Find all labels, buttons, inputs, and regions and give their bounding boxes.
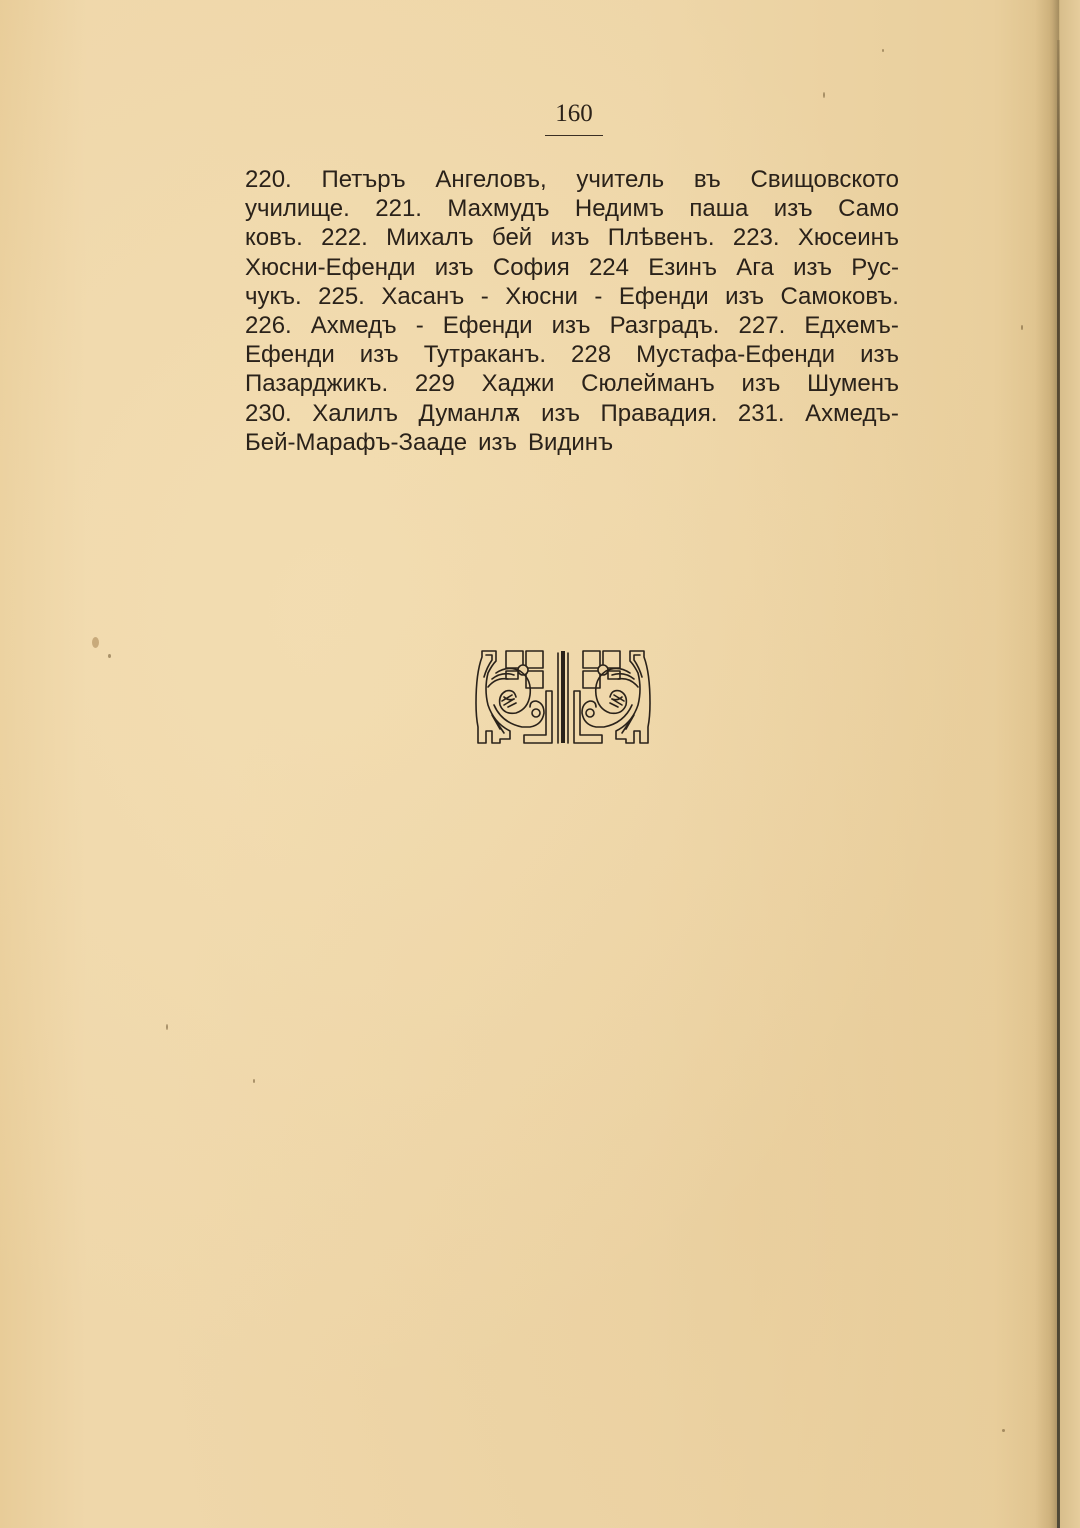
- paper-speck: [253, 1079, 255, 1083]
- word: Рус-: [851, 253, 899, 282]
- word: Ангеловъ,: [435, 165, 546, 194]
- word: паша: [689, 194, 748, 223]
- word: Хюсни-Ефенди: [245, 253, 415, 282]
- word: 222.: [321, 223, 368, 252]
- word: Сюлейманъ: [581, 369, 715, 398]
- word: изъ: [860, 340, 899, 369]
- word: въ: [694, 165, 721, 194]
- word: учитель: [576, 165, 664, 194]
- word: Видинъ: [528, 428, 613, 457]
- word: Халилъ: [312, 399, 398, 428]
- word: 224: [589, 253, 629, 282]
- word: -: [594, 282, 602, 311]
- word: Мустафа-Ефенди: [636, 340, 835, 369]
- page-number: 160: [540, 100, 608, 128]
- word: бей: [492, 223, 532, 252]
- word: Недимъ: [575, 194, 664, 223]
- paper-speck: [823, 92, 825, 98]
- word: Свищовското: [751, 165, 899, 194]
- word: изъ: [742, 369, 781, 398]
- word: 228: [571, 340, 611, 369]
- word: 230.: [245, 399, 292, 428]
- word: Думанлѫ: [419, 399, 521, 428]
- word: Михалъ: [386, 223, 473, 252]
- word: -: [481, 282, 489, 311]
- art-nouveau-ornament-icon: [474, 643, 652, 747]
- word: чукъ.: [245, 282, 302, 311]
- word: изъ: [725, 282, 764, 311]
- word: Правадия.: [601, 399, 718, 428]
- word: Едхемъ-: [804, 311, 899, 340]
- scanned-book-page: 160 220. Петъръ Ангеловъ, учитель въ Сви…: [0, 0, 1080, 1528]
- word: Ага: [736, 253, 774, 282]
- paper-speck: [1002, 1429, 1005, 1432]
- word: 223.: [733, 223, 780, 252]
- text-line-2: училище. 221. Махмудъ Недимъ паша изъ Са…: [245, 194, 899, 223]
- word: 229: [415, 369, 455, 398]
- word: изъ: [541, 399, 580, 428]
- page-number-rule: [545, 135, 603, 136]
- word: училище.: [245, 194, 350, 223]
- word: Ахмедъ: [311, 311, 397, 340]
- word: изъ: [435, 253, 474, 282]
- word: изъ: [478, 428, 517, 457]
- word: Хаджи: [482, 369, 555, 398]
- word: Шуменъ: [807, 369, 899, 398]
- text-line-3: ковъ. 222. Михалъ бей изъ Плѣвенъ. 223. …: [245, 223, 899, 252]
- word: Хасанъ: [381, 282, 464, 311]
- word: 220.: [245, 165, 292, 194]
- word: Махмудъ: [447, 194, 549, 223]
- paper-speck: [1021, 325, 1023, 330]
- word: Петъръ: [321, 165, 405, 194]
- word: изъ: [552, 311, 591, 340]
- adjacent-page-edge: [1060, 0, 1080, 1528]
- word: Хюсни: [505, 282, 578, 311]
- word: изъ: [551, 223, 590, 252]
- text-line-6: 226. Ахмедъ - Ефенди изъ Разградъ. 227. …: [245, 311, 899, 340]
- word: Разградъ.: [610, 311, 720, 340]
- word: Езинъ: [648, 253, 717, 282]
- word: изъ: [774, 194, 813, 223]
- word: Само: [838, 194, 899, 223]
- text-line-10: Бей-Марафъ-Зааде изъ Видинъ: [245, 428, 899, 457]
- word: София: [493, 253, 570, 282]
- word: 226.: [245, 311, 292, 340]
- word: Тутраканъ.: [424, 340, 546, 369]
- binding-shadow: [1035, 0, 1059, 1528]
- word: Самоковъ.: [780, 282, 899, 311]
- text-line-9: 230. Халилъ Думанлѫ изъ Правадия. 231. А…: [245, 399, 899, 428]
- word: изъ: [793, 253, 832, 282]
- text-line-5: чукъ. 225. Хасанъ - Хюсни - Ефенди изъ С…: [245, 282, 899, 311]
- paper-speck: [166, 1024, 168, 1030]
- word: изъ: [360, 340, 399, 369]
- word: Ефенди: [245, 340, 335, 369]
- word: Ефенди: [619, 282, 709, 311]
- word: Бей-Марафъ-Зааде: [245, 428, 467, 457]
- word: Хюсеинъ: [798, 223, 899, 252]
- body-text: 220. Петъръ Ангеловъ, учитель въ Свищовс…: [245, 165, 899, 457]
- paper-speck: [882, 49, 884, 52]
- text-line-1: 220. Петъръ Ангеловъ, учитель въ Свищовс…: [245, 165, 899, 194]
- text-line-7: Ефенди изъ Тутраканъ. 228 Мустафа-Ефенди…: [245, 340, 899, 369]
- word: 221.: [375, 194, 422, 223]
- word: ковъ.: [245, 223, 303, 252]
- paper-speck: [108, 654, 111, 658]
- word: Пазарджикъ.: [245, 369, 388, 398]
- word: 225.: [318, 282, 365, 311]
- word: 227.: [739, 311, 786, 340]
- word: Ахмедъ-: [805, 399, 899, 428]
- word: Ефенди: [443, 311, 533, 340]
- text-line-4: Хюсни-Ефенди изъ София 224 Езинъ Ага изъ…: [245, 253, 899, 282]
- word: Плѣвенъ.: [608, 223, 715, 252]
- paper-speck: [92, 637, 99, 648]
- word: -: [416, 311, 424, 340]
- text-line-8: Пазарджикъ. 229 Хаджи Сюлейманъ изъ Шуме…: [245, 369, 899, 398]
- word: 231.: [738, 399, 785, 428]
